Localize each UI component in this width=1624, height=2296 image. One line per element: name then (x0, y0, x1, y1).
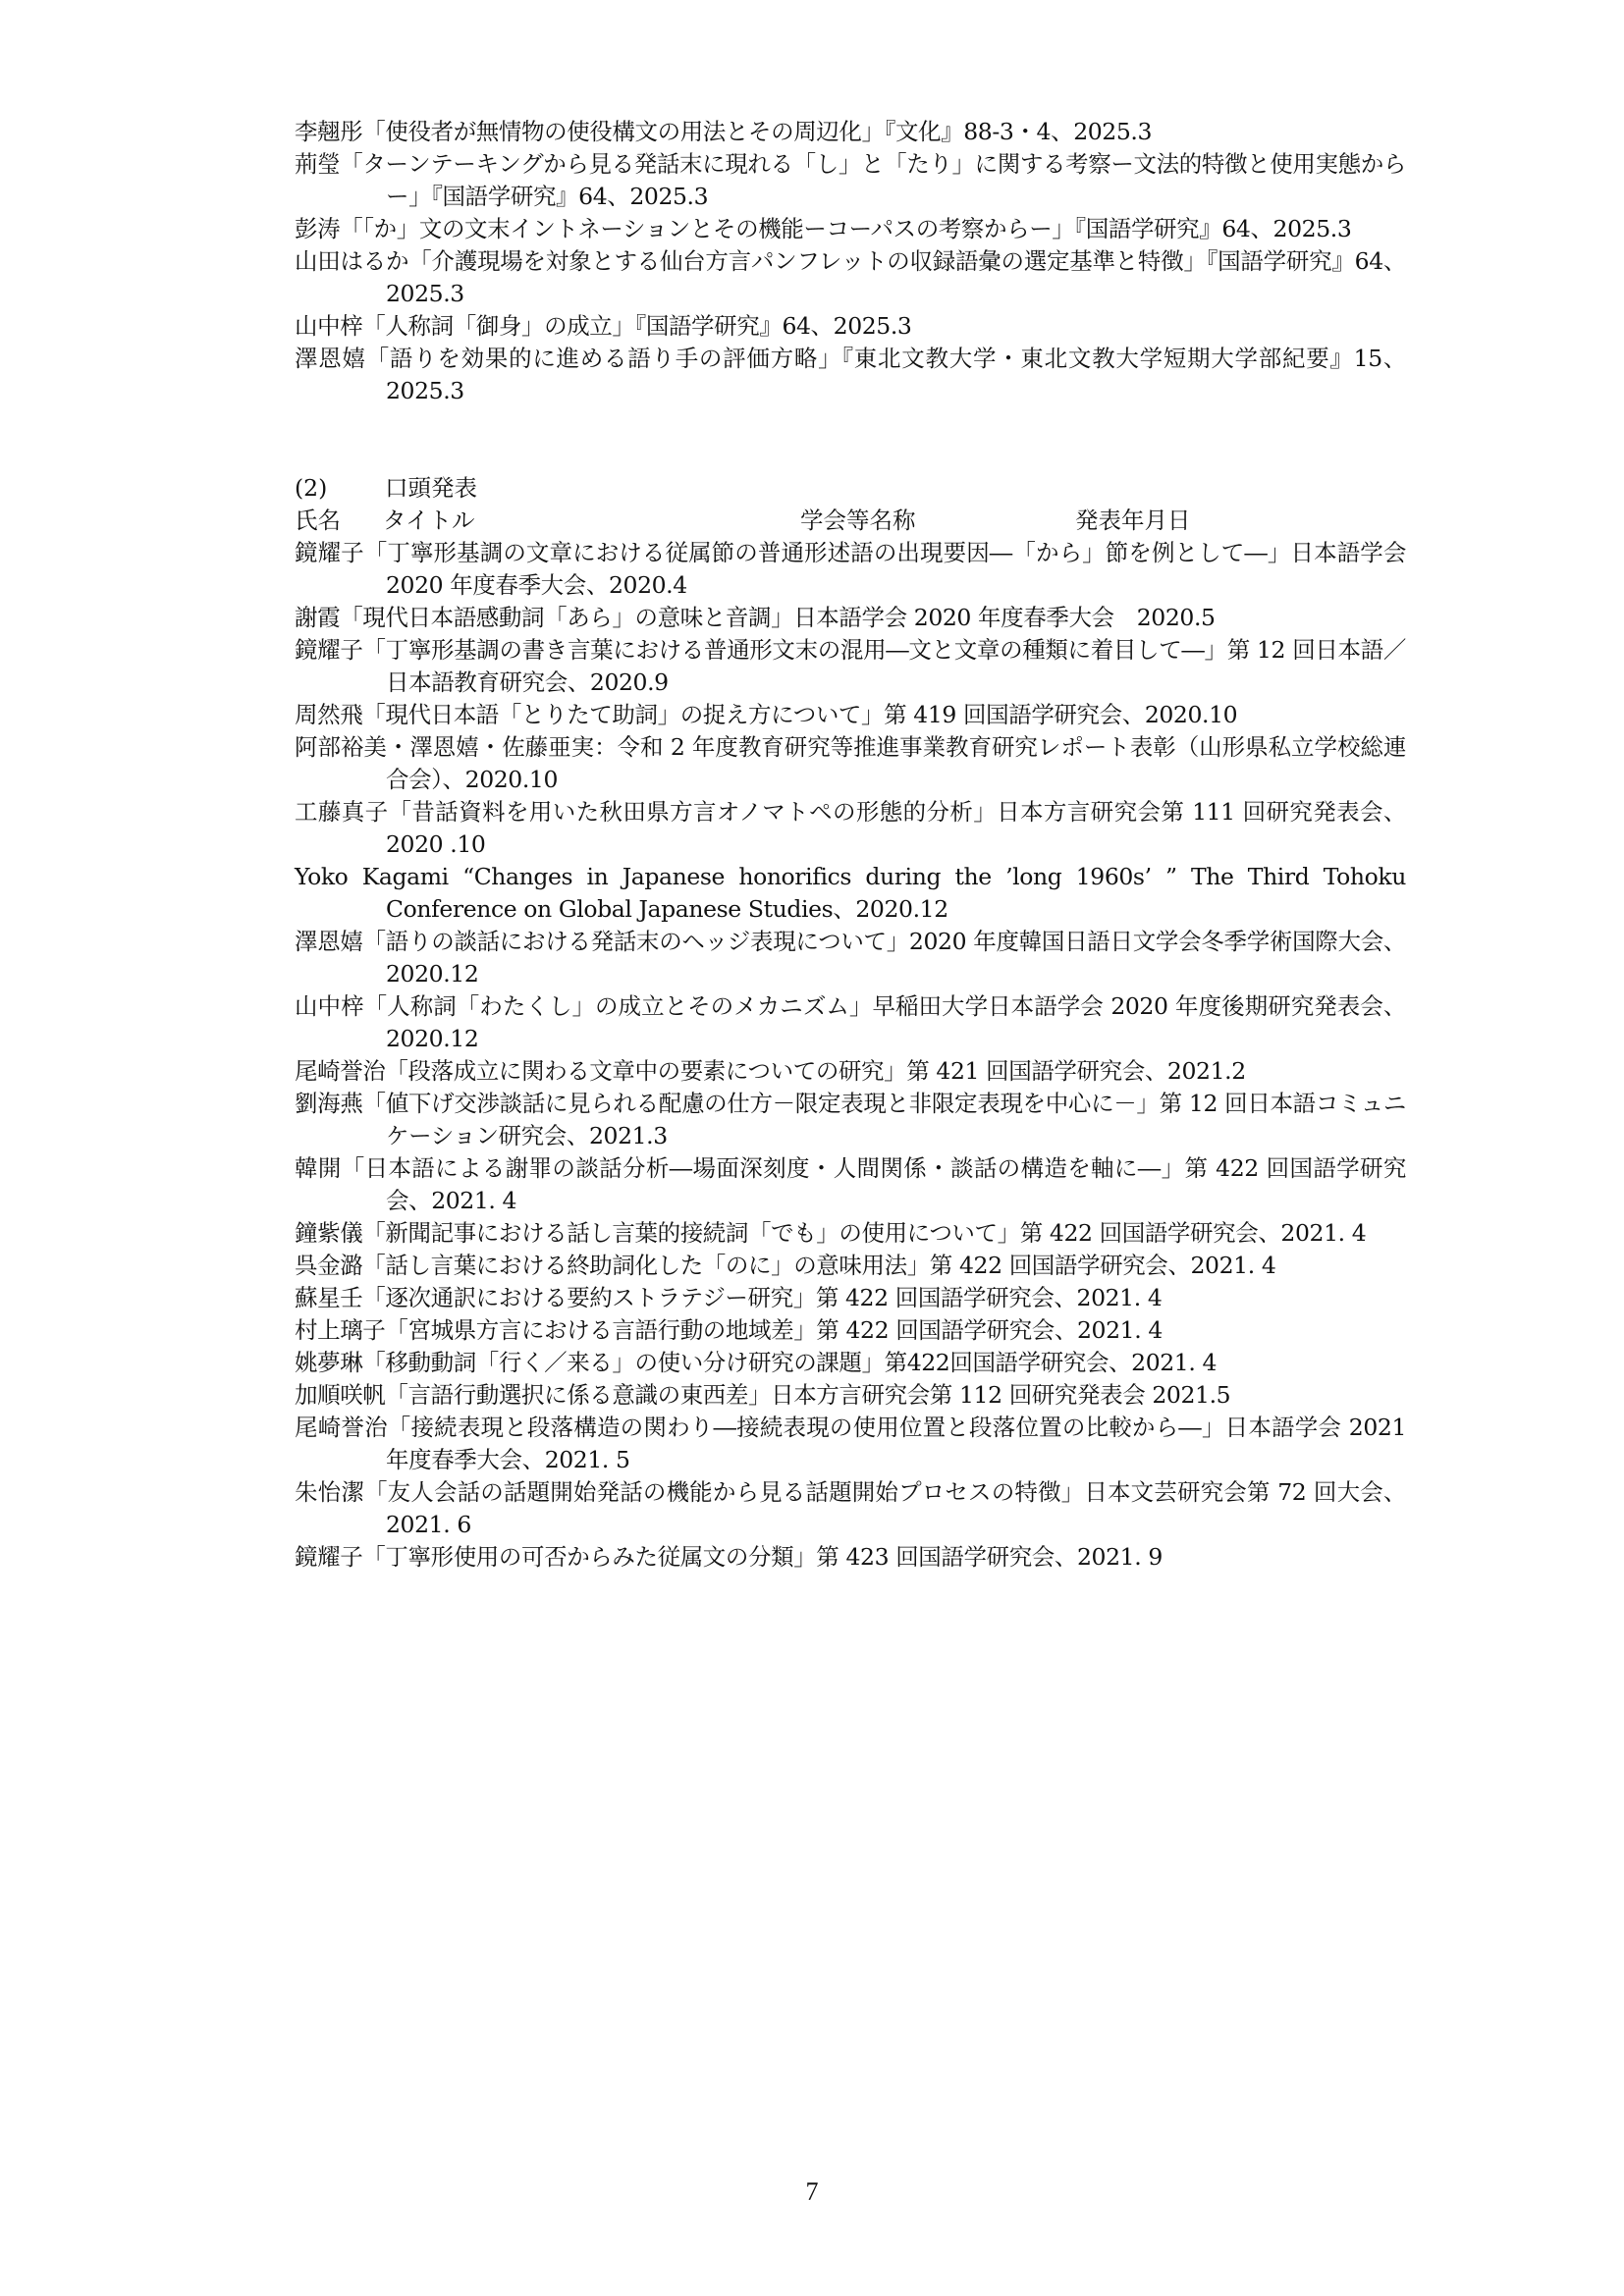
presentation-entry: 鐘紫儀「新聞記事における話し言葉的接続詞「でも」の使用について」第 422 回国… (295, 1217, 1406, 1250)
section-heading-oral-presentations: (2) 口頭発表 (295, 472, 1406, 505)
column-headers: 氏名 タイトル 学会等名称 発表年月日 (295, 505, 1406, 537)
publication-entry: 澤恩嬉「語りを効果的に進める語り手の評価方略」『東北文教大学・東北文教大学短期大… (295, 343, 1406, 407)
presentation-entry: 韓開「日本語による謝罪の談話分析―場面深刻度・人間関係・談話の構造を軸に―」第 … (295, 1152, 1406, 1217)
publication-entry: 山田はるか「介護現場を対象とする仙台方言パンフレットの収録語彙の選定基準と特徴」… (295, 245, 1406, 310)
presentation-entry: 工藤真子「昔話資料を用いた秋田県方言オノマトペの形態的分析」日本方言研究会第 1… (295, 796, 1406, 861)
presentation-entry: 蘇星壬「逐次通訳における要約ストラテジー研究」第 422 回国語学研究会、202… (295, 1282, 1406, 1314)
page-number: 7 (0, 2177, 1624, 2207)
presentation-entry: 加順咲帆「言語行動選択に係る意識の東西差」日本方言研究会第 112 回研究発表会… (295, 1379, 1406, 1412)
presentation-entry: 村上璃子「宮城県方言における言語行動の地域差」第 422 回国語学研究会、202… (295, 1314, 1406, 1347)
presentation-entry: 澤恩嬉「語りの談話における発話末のヘッジ表現について」2020 年度韓国日語日文… (295, 926, 1406, 990)
presentation-entry: 朱怡潔「友人会話の話題開始発話の機能から見る話題開始プロセスの特徴」日本文芸研究… (295, 1476, 1406, 1541)
publication-entry: 李翹彤「使役者が無情物の使役構文の用法とその周辺化」『文化』88-3・4、202… (295, 116, 1406, 148)
presentation-entry: 阿部裕美・澤恩嬉・佐藤亜実：令和 2 年度教育研究等推進事業教育研究レポート表彰… (295, 731, 1406, 796)
presentation-entry: 尾崎誉治「段落成立に関わる文章中の要素についての研究」第 421 回国語学研究会… (295, 1055, 1406, 1088)
publication-entry: 荊瑩「ターンテーキングから見る発話末に現れる「し」と「たり」に関する考察ー文法的… (295, 148, 1406, 213)
column-header-name: 氏名 (295, 505, 341, 537)
publication-entry: 山中梓「人称詞「御身」の成立」『国語学研究』64、2025.3 (295, 310, 1406, 343)
presentation-entry: 謝霞「現代日本語感動詞「あら」の意味と音調」日本語学会 2020 年度春季大会 … (295, 602, 1406, 634)
presentation-entry: 姚夢琳「移動動詞「行く／来る」の使い分け研究の課題」第422回国語学研究会、20… (295, 1347, 1406, 1379)
section-spacer (295, 407, 1406, 472)
column-header-society: 学会等名称 (800, 505, 916, 537)
presentation-entry: 鏡耀子「丁寧形使用の可否からみた従属文の分類」第 423 回国語学研究会、202… (295, 1541, 1406, 1574)
presentation-entry: 鏡耀子「丁寧形基調の書き言葉における普通形文末の混用―文と文章の種類に着目して―… (295, 634, 1406, 699)
presentation-entry: 尾崎誉治「接続表現と段落構造の関わり―接続表現の使用位置と段落位置の比較から―」… (295, 1412, 1406, 1476)
publications-list: 李翹彤「使役者が無情物の使役構文の用法とその周辺化」『文化』88-3・4、202… (295, 116, 1406, 407)
column-header-title: タイトル (383, 505, 475, 537)
presentation-entry: 鏡耀子「丁寧形基調の文章における従属節の普通形述語の出現要因―「から」節を例とし… (295, 537, 1406, 602)
section-title: 口頭発表 (385, 472, 477, 505)
document-page: 李翹彤「使役者が無情物の使役構文の用法とその周辺化」『文化』88-3・4、202… (295, 116, 1406, 1574)
presentation-entry: 劉海燕「値下げ交渉談話に見られる配慮の仕方－限定表現と非限定表現を中心に－」第 … (295, 1088, 1406, 1152)
column-header-date: 発表年月日 (1075, 505, 1191, 537)
presentation-entry: 周然飛「現代日本語「とりたて助詞」の捉え方について」第 419 回国語学研究会、… (295, 699, 1406, 731)
publication-entry: 彭涛「「か」文の文末イントネーションとその機能ーコーパスの考察からー」『国語学研… (295, 213, 1406, 245)
presentation-entry: 山中梓「人称詞「わたくし」の成立とそのメカニズム」早稲田大学日本語学会 2020… (295, 990, 1406, 1055)
section-number: (2) (295, 472, 385, 505)
presentation-entry: 呉金潞「話し言葉における終助詞化した「のに」の意味用法」第 422 回国語学研究… (295, 1250, 1406, 1282)
oral-presentations-list: 鏡耀子「丁寧形基調の文章における従属節の普通形述語の出現要因―「から」節を例とし… (295, 537, 1406, 1574)
presentation-entry: Yoko Kagami “Changes in Japanese honorif… (295, 861, 1406, 926)
